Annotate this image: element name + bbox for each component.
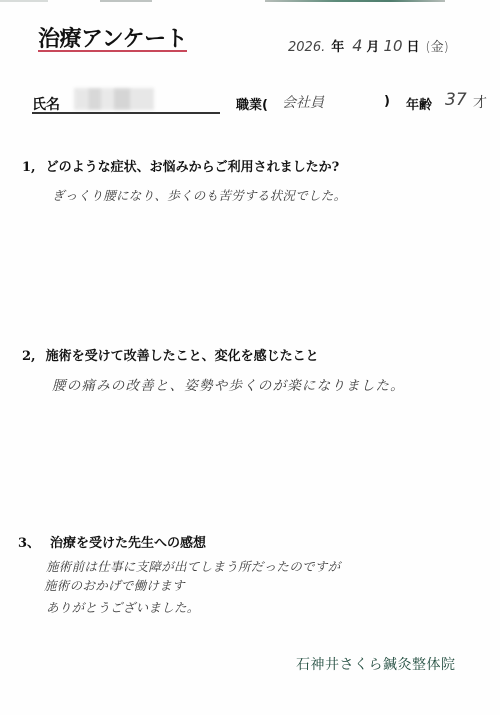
name-label: 氏名 <box>32 94 60 114</box>
answer-2-line-1: 腰の痛みの改善と、姿勢や歩くのが楽になりました。 <box>52 374 405 394</box>
name-value-redacted <box>74 88 154 110</box>
form-title: 治療アンケート <box>38 28 187 52</box>
question-1: 1,どのような症状、お悩みからご利用されましたか? <box>22 156 339 175</box>
question-number: 1, <box>22 160 36 175</box>
question-text: 施術を受けて改善したこと、変化を感じたこと <box>46 349 319 364</box>
scan-edge-bar <box>0 0 48 2</box>
date-field: 2026. 年 4 月 10 日 (金) <box>288 36 449 55</box>
answer-3-line-3: ありがとうございました。 <box>46 598 200 616</box>
occupation-close-paren: ) <box>384 94 390 109</box>
date-month-value: 4 <box>352 36 362 55</box>
question-2: 2,施術を受けて改善したこと、変化を感じたこと <box>22 345 319 364</box>
question-3: 3、治療を受けた先生への感想 <box>18 532 206 551</box>
answer-1-line-1: ぎっくり腰になり、歩くのも苦労する状況でした。 <box>52 186 346 204</box>
date-weekday: (金) <box>426 36 449 55</box>
question-text: 治療を受けた先生への感想 <box>50 536 206 551</box>
scan-edge-bar <box>100 0 152 2</box>
occupation-value: 会社員 <box>282 92 324 112</box>
name-underline <box>32 112 220 114</box>
personal-info-row: 氏名 職業( 会社員 ) 年齢 37 才 <box>32 92 488 116</box>
date-year-value: 2026. <box>288 40 325 55</box>
date-year-label: 年 <box>331 36 344 55</box>
answer-3-line-2: 施術のおかげで働けます <box>44 576 185 594</box>
date-month-label: 月 <box>366 36 379 55</box>
question-text: どのような症状、お悩みからご利用されましたか? <box>46 160 340 175</box>
question-number: 2, <box>22 349 36 364</box>
occupation-label: 職業( <box>236 94 268 113</box>
date-day-value: 10 <box>383 37 402 55</box>
age-value: 37 <box>445 90 467 110</box>
scan-edge-bar <box>265 0 445 2</box>
date-day-label: 日 <box>407 36 420 55</box>
clinic-name: 石神井さくら鍼灸整体院 <box>296 654 456 674</box>
age-unit: 才 <box>473 92 487 112</box>
question-number: 3、 <box>18 532 40 551</box>
age-label: 年齢 <box>406 94 432 113</box>
answer-3-line-1: 施術前は仕事に支障が出てしまう所だったのですが <box>46 557 340 575</box>
